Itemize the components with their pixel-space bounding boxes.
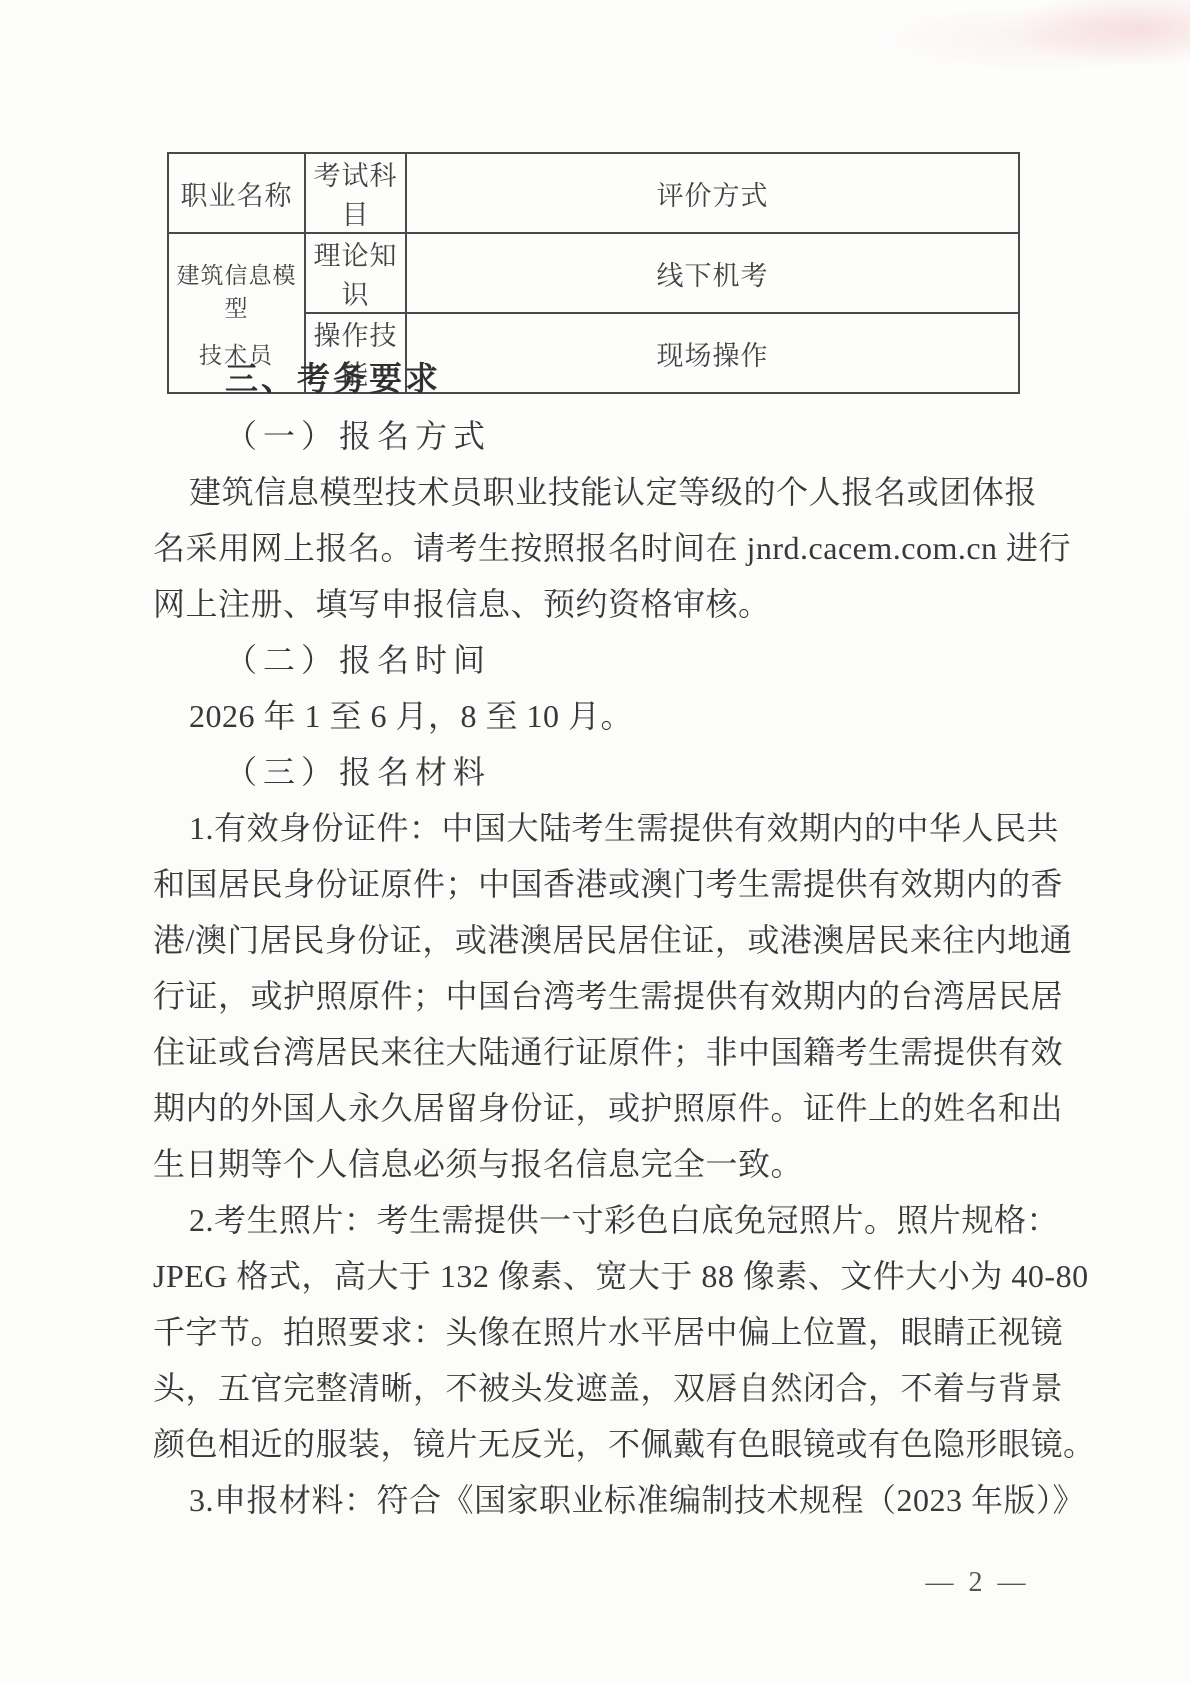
table-header-row: 职业名称 考试科目 评价方式 — [168, 153, 1019, 233]
body-line: 名采用网上报名。请考生按照报名时间在 jnrd.cacem.com.cn 进行 — [153, 520, 1037, 576]
header-occupation-name: 职业名称 — [168, 153, 305, 233]
body-line: 2.考生照片：考生需提供一寸彩色白底免冠照片。照片规格： — [153, 1192, 1037, 1248]
subject-cell: 理论知识 — [305, 233, 406, 313]
body-line: 3.申报材料：符合《国家职业标准编制技术规程（2023 年版）》 — [153, 1472, 1037, 1528]
body-line: 2026 年 1 至 6 月，8 至 10 月。 — [153, 688, 1037, 744]
body-line: 期内的外国人永久居留身份证，或护照原件。证件上的姓名和出 — [153, 1080, 1037, 1136]
header-evaluation-method: 评价方式 — [406, 153, 1019, 233]
subsection-heading: （二）报名时间 — [153, 632, 1037, 688]
body-line: JPEG 格式，高大于 132 像素、宽大于 88 像素、文件大小为 40-80 — [153, 1248, 1037, 1304]
body-line: 千字节。拍照要求：头像在照片水平居中偏上位置，眼睛正视镜 — [153, 1304, 1037, 1360]
body-line: 1.有效身份证件：中国大陆考生需提供有效期内的中华人民共 — [153, 800, 1037, 856]
body-line: 行证，或护照原件；中国台湾考生需提供有效期内的台湾居民居 — [153, 968, 1037, 1024]
body-line: 港/澳门居民身份证，或港澳居民居住证，或港澳居民来往内地通 — [153, 912, 1037, 968]
page-number: — 2 — — [905, 1563, 1050, 1603]
scan-artifact-smudge — [860, 0, 1190, 110]
scanned-document-page: 职业名称 考试科目 评价方式 建筑信息模型 技术员 理论知识 线下机考 操作技能… — [0, 0, 1190, 1683]
method-cell: 线下机考 — [406, 233, 1019, 313]
header-exam-subject: 考试科目 — [305, 153, 406, 233]
body-line: 头，五官完整清晰，不被头发遮盖，双唇自然闭合，不着与背景 — [153, 1360, 1037, 1416]
document-body: 三、考务要求 （一）报名方式 建筑信息模型技术员职业技能认定等级的个人报名或团体… — [153, 352, 1037, 1528]
body-line: 和国居民身份证原件；中国香港或澳门考生需提供有效期内的香 — [153, 856, 1037, 912]
subsection-heading: （三）报名材料 — [153, 744, 1037, 800]
body-line: 住证或台湾居民来往大陆通行证原件；非中国籍考生需提供有效 — [153, 1024, 1037, 1080]
body-line: 建筑信息模型技术员职业技能认定等级的个人报名或团体报 — [153, 464, 1037, 520]
section-heading: 三、考务要求 — [153, 352, 1037, 408]
body-line: 生日期等个人信息必须与报名信息完全一致。 — [153, 1136, 1037, 1192]
table-row: 建筑信息模型 技术员 理论知识 线下机考 — [168, 233, 1019, 313]
body-line: 网上注册、填写申报信息、预约资格审核。 — [153, 576, 1037, 632]
subsection-heading: （一）报名方式 — [153, 408, 1037, 464]
occupation-name-line1: 建筑信息模型 — [169, 257, 304, 323]
body-line: 颜色相近的服装，镜片无反光，不佩戴有色眼镜或有色隐形眼镜。 — [153, 1416, 1037, 1472]
